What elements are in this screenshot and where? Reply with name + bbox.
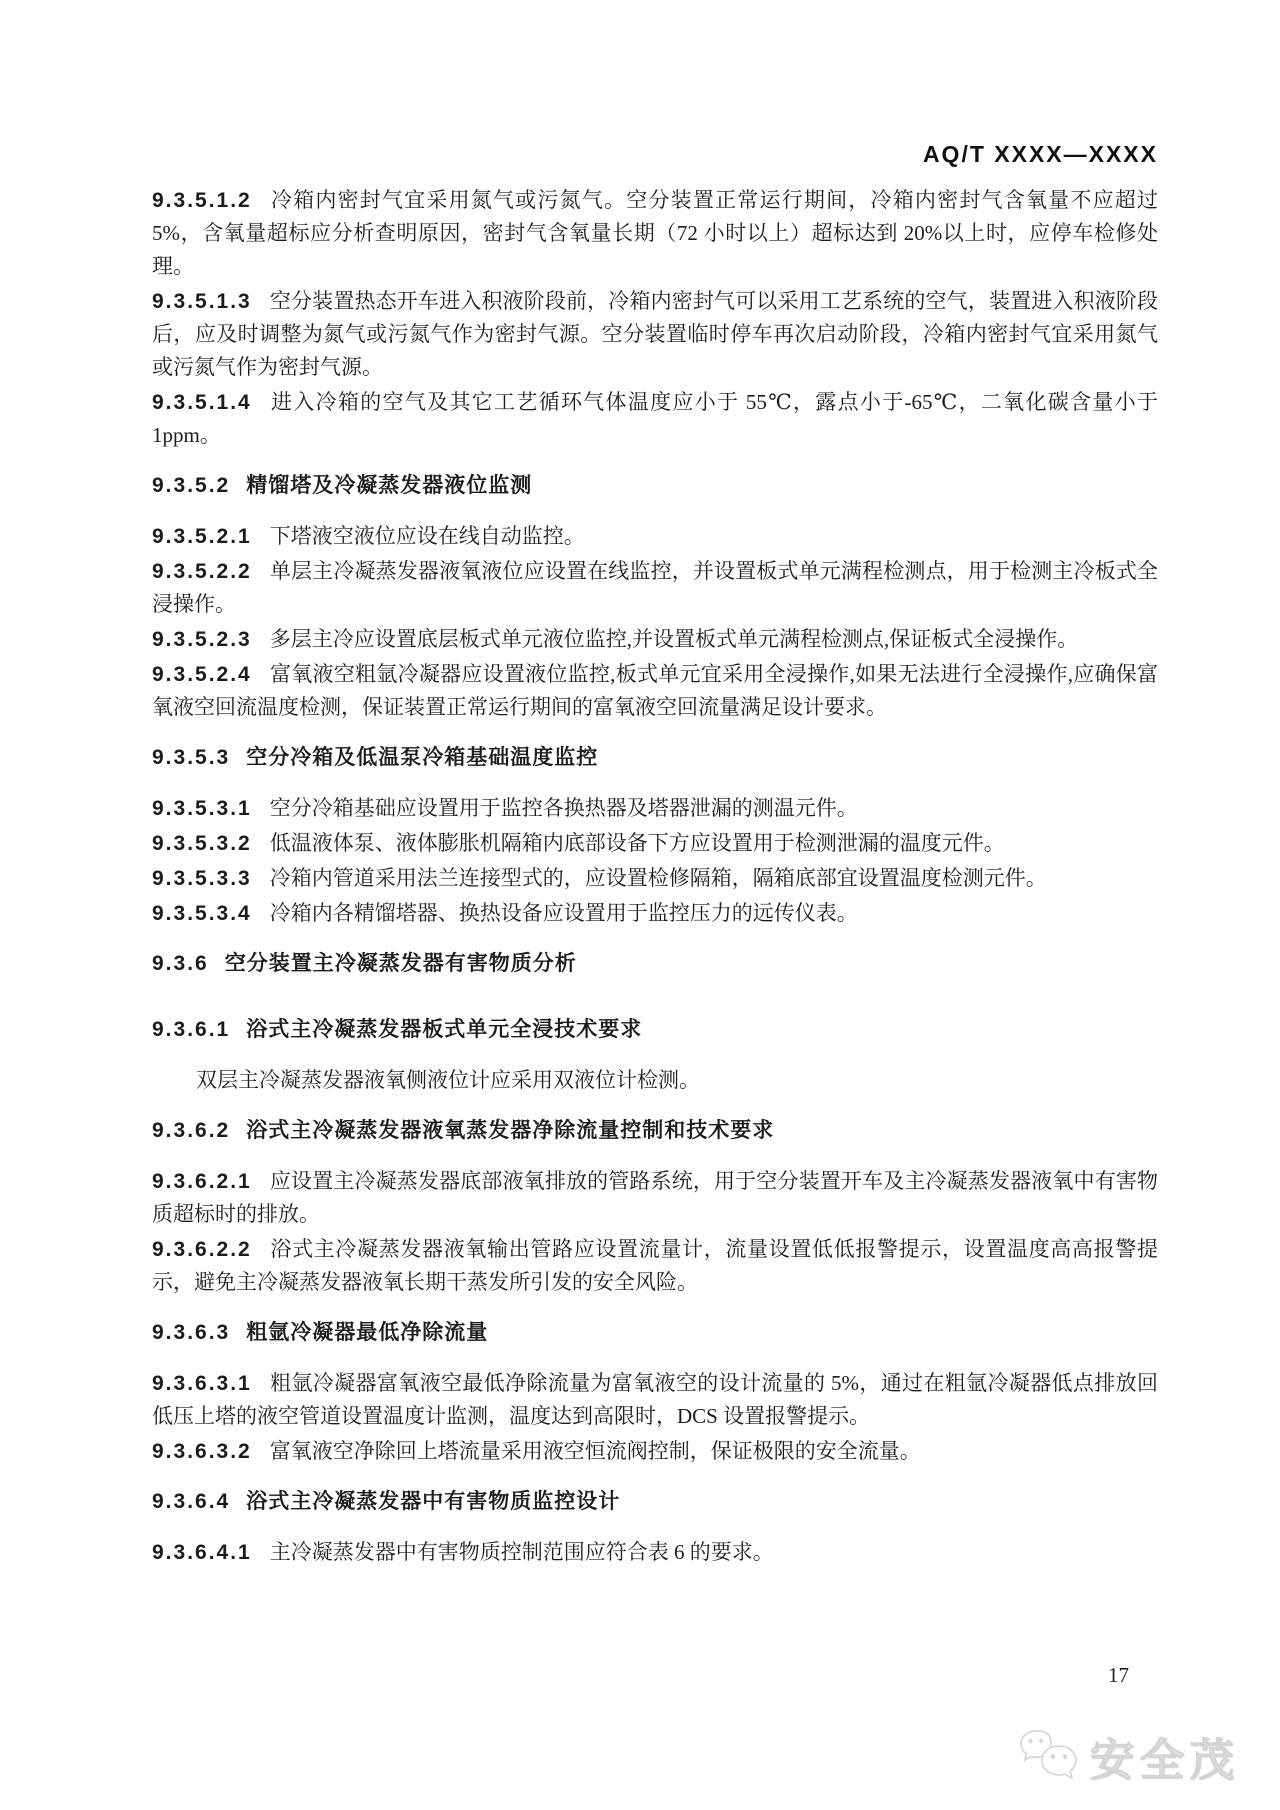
clause-text: 进入冷箱的空气及其它工艺循环气体温度应小于 55℃，露点小于-65℃，二氧化碳含… xyxy=(152,390,1158,447)
clause-text: 富氧液空粗氩冷凝器应设置液位监控,板式单元宜采用全浸操作,如果无法进行全浸操作,… xyxy=(152,662,1158,719)
document-page: { "page": { "header": "AQ/T XXXX—XXXX", … xyxy=(0,0,1280,1810)
clause-text: 空分装置热态开车进入积液阶段前，冷箱内密封气可以采用工艺系统的空气，装置进入积液… xyxy=(152,289,1158,379)
clause-paragraph: 9.3.6.3.1粗氩冷凝器富氧液空最低净除流量为富氧液空的设计流量的 5%，通… xyxy=(152,1366,1158,1434)
clause-paragraph: 9.3.6.4.1主冷凝蒸发器中有害物质控制范围应符合表 6 的要求。 xyxy=(152,1535,1158,1570)
clause-heading-text: 精馏塔及冷凝蒸发器液位监测 xyxy=(246,474,532,497)
clause-number: 9.3.6.2 xyxy=(152,1119,230,1142)
clause-text: 粗氩冷凝器富氧液空最低净除流量为富氧液空的设计流量的 5%，通过在粗氩冷凝器低点… xyxy=(152,1371,1158,1428)
document-body: 9.3.5.1.2冷箱内密封气宜采用氮气或污氮气。空分装置正常运行期间，冷箱内密… xyxy=(152,183,1158,1570)
clause-text: 双层主冷凝蒸发器液氧侧液位计应采用双液位计检测。 xyxy=(196,1068,700,1092)
clause-paragraph: 9.3.5.2.2单层主冷凝蒸发器液氧液位应设置在线监控，并设置板式单元满程检测… xyxy=(152,554,1158,622)
clause-heading: 9.3.6.1浴式主冷凝蒸发器板式单元全浸技术要求 xyxy=(152,997,1158,1063)
clause-number: 9.3.6.3.1 xyxy=(152,1372,252,1395)
clause-text: 空分冷箱基础应设置用于监控各换热器及塔器泄漏的测温元件。 xyxy=(270,796,858,820)
clause-number: 9.3.5.3 xyxy=(152,746,230,769)
clause-number: 9.3.5.2.4 xyxy=(152,663,252,686)
clause-heading-text: 粗氩冷凝器最低净除流量 xyxy=(246,1321,488,1344)
clause-paragraph: 9.3.6.3.2富氧液空净除回上塔流量采用液空恒流阀控制，保证极限的安全流量。 xyxy=(152,1434,1158,1469)
body-paragraph: 双层主冷凝蒸发器液氧侧液位计应采用双液位计检测。 xyxy=(152,1063,1158,1098)
clause-paragraph: 9.3.6.2.2浴式主冷凝蒸发器液氧输出管路应设置流量计，流量设置低低报警提示… xyxy=(152,1232,1158,1300)
page-number: 17 xyxy=(1108,1663,1129,1688)
clause-paragraph: 9.3.5.1.4进入冷箱的空气及其它工艺循环气体温度应小于 55℃，露点小于-… xyxy=(152,385,1158,453)
clause-paragraph: 9.3.5.3.4冷箱内各精馏塔器、换热设备应设置用于监控压力的远传仪表。 xyxy=(152,896,1158,931)
clause-text: 浴式主冷凝蒸发器液氧输出管路应设置流量计，流量设置低低报警提示，设置温度高高报警… xyxy=(152,1237,1158,1294)
clause-number: 9.3.5.2.2 xyxy=(152,560,252,583)
clause-number: 9.3.6.2.1 xyxy=(152,1170,252,1193)
clause-heading: 9.3.6.2浴式主冷凝蒸发器液氧蒸发器净除流量控制和技术要求 xyxy=(152,1098,1158,1164)
clause-heading: 9.3.6空分装置主冷凝蒸发器有害物质分析 xyxy=(152,931,1158,997)
clause-number: 9.3.5.2.3 xyxy=(152,628,252,651)
clause-number: 9.3.5.1.3 xyxy=(152,290,252,313)
clause-number: 9.3.5.3.2 xyxy=(152,832,252,855)
clause-number: 9.3.6.4 xyxy=(152,1490,230,1513)
clause-paragraph: 9.3.5.2.4富氧液空粗氩冷凝器应设置液位监控,板式单元宜采用全浸操作,如果… xyxy=(152,657,1158,725)
clause-heading: 9.3.6.4浴式主冷凝蒸发器中有害物质监控设计 xyxy=(152,1469,1158,1535)
clause-paragraph: 9.3.5.3.1空分冷箱基础应设置用于监控各换热器及塔器泄漏的测温元件。 xyxy=(152,791,1158,826)
clause-text: 冷箱内管道采用法兰连接型式的，应设置检修隔箱，隔箱底部宜设置温度检测元件。 xyxy=(270,866,1047,890)
clause-text: 应设置主冷凝蒸发器底部液氧排放的管路系统，用于空分装置开车及主冷凝蒸发器液氧中有… xyxy=(152,1169,1158,1226)
clause-number: 9.3.5.2 xyxy=(152,474,230,497)
standard-number-header: AQ/T XXXX—XXXX xyxy=(923,141,1158,168)
clause-heading-text: 浴式主冷凝蒸发器中有害物质监控设计 xyxy=(246,1490,620,1513)
clause-text: 低温液体泵、液体膨胀机隔箱内底部设备下方应设置用于检测泄漏的温度元件。 xyxy=(270,831,1005,855)
watermark-text: 安全茂 xyxy=(1090,1724,1240,1788)
clause-text: 多层主冷应设置底层板式单元液位监控,并设置板式单元满程检测点,保证板式全浸操作。 xyxy=(270,627,1079,651)
clause-text: 下塔液空液位应设在线自动监控。 xyxy=(270,524,585,548)
clause-number: 9.3.5.3.4 xyxy=(152,902,252,925)
wechat-bubbles-icon xyxy=(1018,1727,1082,1785)
clause-paragraph: 9.3.5.2.1下塔液空液位应设在线自动监控。 xyxy=(152,519,1158,554)
clause-text: 主冷凝蒸发器中有害物质控制范围应符合表 6 的要求。 xyxy=(270,1540,774,1564)
clause-number: 9.3.5.1.4 xyxy=(152,391,252,414)
clause-number: 9.3.6.3 xyxy=(152,1321,230,1344)
clause-heading: 9.3.5.2精馏塔及冷凝蒸发器液位监测 xyxy=(152,453,1158,519)
clause-heading-text: 浴式主冷凝蒸发器液氧蒸发器净除流量控制和技术要求 xyxy=(246,1119,774,1142)
clause-number: 9.3.5.3.3 xyxy=(152,867,252,890)
clause-paragraph: 9.3.5.2.3多层主冷应设置底层板式单元液位监控,并设置板式单元满程检测点,… xyxy=(152,622,1158,657)
clause-paragraph: 9.3.5.3.2低温液体泵、液体膨胀机隔箱内底部设备下方应设置用于检测泄漏的温… xyxy=(152,826,1158,861)
clause-number: 9.3.5.2.1 xyxy=(152,525,252,548)
clause-text: 富氧液空净除回上塔流量采用液空恒流阀控制，保证极限的安全流量。 xyxy=(270,1439,921,1463)
clause-paragraph: 9.3.6.2.1应设置主冷凝蒸发器底部液氧排放的管路系统，用于空分装置开车及主… xyxy=(152,1164,1158,1232)
clause-number: 9.3.5.3.1 xyxy=(152,797,252,820)
clause-text: 冷箱内密封气宜采用氮气或污氮气。空分装置正常运行期间，冷箱内密封气含氧量不应超过… xyxy=(152,188,1158,278)
clause-text: 冷箱内各精馏塔器、换热设备应设置用于监控压力的远传仪表。 xyxy=(270,901,858,925)
clause-number: 9.3.6.4.1 xyxy=(152,1541,252,1564)
clause-number: 9.3.6.2.2 xyxy=(152,1238,252,1261)
clause-paragraph: 9.3.5.1.2冷箱内密封气宜采用氮气或污氮气。空分装置正常运行期间，冷箱内密… xyxy=(152,183,1158,284)
clause-text: 单层主冷凝蒸发器液氧液位应设置在线监控，并设置板式单元满程检测点，用于检测主冷板… xyxy=(152,559,1158,616)
clause-heading: 9.3.6.3粗氩冷凝器最低净除流量 xyxy=(152,1300,1158,1366)
clause-paragraph: 9.3.5.3.3冷箱内管道采用法兰连接型式的，应设置检修隔箱，隔箱底部宜设置温… xyxy=(152,861,1158,896)
clause-paragraph: 9.3.5.1.3空分装置热态开车进入积液阶段前，冷箱内密封气可以采用工艺系统的… xyxy=(152,284,1158,385)
clause-heading-text: 浴式主冷凝蒸发器板式单元全浸技术要求 xyxy=(246,1018,642,1041)
clause-heading-text: 空分装置主冷凝蒸发器有害物质分析 xyxy=(225,952,577,975)
watermark: 安全茂 xyxy=(1018,1724,1240,1788)
clause-number: 9.3.6.3.2 xyxy=(152,1440,252,1463)
clause-number: 9.3.5.1.2 xyxy=(152,189,252,212)
clause-number: 9.3.6 xyxy=(152,952,209,975)
clause-heading-text: 空分冷箱及低温泵冷箱基础温度监控 xyxy=(246,746,598,769)
clause-heading: 9.3.5.3空分冷箱及低温泵冷箱基础温度监控 xyxy=(152,725,1158,791)
clause-number: 9.3.6.1 xyxy=(152,1018,230,1041)
